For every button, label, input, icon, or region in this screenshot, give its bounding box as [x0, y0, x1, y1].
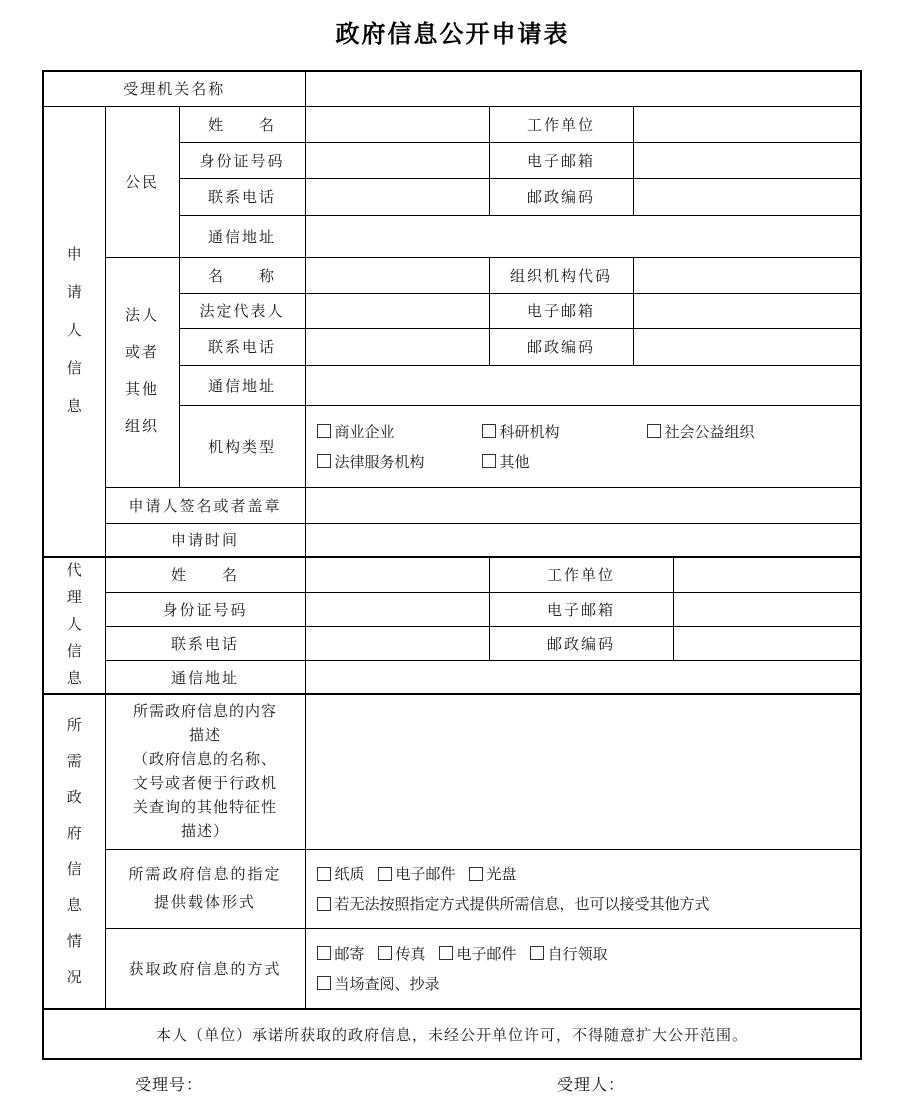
checkbox-label: 邮寄 — [335, 943, 365, 964]
org-type-option-other[interactable]: 其他 — [482, 451, 647, 472]
info-content-desc-label: 所需政府信息的内容 描述 （政府信息的名称、 文号或者便于行政机 关查询的其他特… — [105, 694, 305, 849]
legal-org-code-label: 组织机构代码 — [489, 257, 633, 293]
applicant-signature-label: 申请人签名或者盖章 — [105, 487, 305, 523]
legal-phone-value-cell[interactable] — [305, 328, 489, 365]
obtain-option-self-pickup[interactable]: 自行领取 — [530, 943, 608, 964]
agent-name-label: 姓 名 — [105, 557, 305, 592]
agent-address-label: 通信地址 — [105, 661, 305, 694]
checkbox-label: 自行领取 — [548, 943, 608, 964]
agent-phone-label: 联系电话 — [105, 627, 305, 661]
agent-work-label: 工作单位 — [489, 557, 673, 592]
checkbox-icon[interactable] — [317, 946, 331, 960]
citizen-phone-label: 联系电话 — [179, 178, 305, 215]
obtain-option-mail[interactable]: 邮寄 — [317, 943, 365, 964]
org-type-option-business[interactable]: 商业企业 — [317, 421, 482, 442]
checkbox-icon[interactable] — [378, 867, 392, 881]
legal-postcode-value-cell[interactable] — [633, 328, 861, 365]
citizen-address-value-cell[interactable] — [305, 215, 861, 257]
checkbox-icon[interactable] — [530, 946, 544, 960]
org-type-options-cell: 商业企业 科研机构 社会公益组织 法律服务机构 其他 — [305, 405, 861, 487]
pledge-text: 本人（单位）承诺所获取的政府信息，未经公开单位许可，不得随意扩大公开范围。 — [43, 1009, 861, 1059]
accepting-org-value-cell[interactable] — [305, 71, 861, 106]
checkbox-label: 科研机构 — [500, 421, 560, 442]
agent-email-label: 电子邮箱 — [489, 592, 673, 626]
checkbox-icon[interactable] — [482, 424, 496, 438]
checkbox-label: 社会公益组织 — [665, 421, 755, 442]
citizen-work-value-cell[interactable] — [633, 106, 861, 142]
citizen-email-label: 电子邮箱 — [489, 142, 633, 178]
legal-name-label: 名 称 — [179, 257, 305, 293]
legal-name-value-cell[interactable] — [305, 257, 489, 293]
citizen-postcode-label: 邮政编码 — [489, 178, 633, 215]
citizen-name-value-cell[interactable] — [305, 106, 489, 142]
application-form-page: 政府信息公开申请表 受理机关名称 申 请 人 信 息 公民 姓 名 工作单位 身… — [0, 0, 905, 1111]
info-obtain-label: 获取政府信息的方式 — [105, 928, 305, 1009]
legal-org-code-value-cell[interactable] — [633, 257, 861, 293]
agent-name-value-cell[interactable] — [305, 557, 489, 592]
carrier-option-disc[interactable]: 光盘 — [469, 863, 517, 884]
agent-address-value-cell[interactable] — [305, 661, 861, 694]
checkbox-icon[interactable] — [317, 424, 331, 438]
checkbox-icon[interactable] — [469, 867, 483, 881]
legal-email-value-cell[interactable] — [633, 293, 861, 328]
citizen-group-label: 公民 — [105, 106, 179, 257]
obtain-option-onsite-read[interactable]: 当场查阅、抄录 — [317, 973, 440, 994]
legal-group-label: 法人 或者 其他 组织 — [105, 257, 179, 487]
legal-address-value-cell[interactable] — [305, 365, 861, 405]
citizen-work-label: 工作单位 — [489, 106, 633, 142]
info-carrier-label: 所需政府信息的指定 提供载体形式 — [105, 849, 305, 928]
agent-postcode-label: 邮政编码 — [489, 627, 673, 661]
citizen-phone-value-cell[interactable] — [305, 178, 489, 215]
org-type-options-line2: 法律服务机构 其他 — [306, 446, 861, 476]
applicant-signature-value-cell[interactable] — [305, 487, 861, 523]
acceptance-person-label: 受理人： — [557, 1072, 625, 1095]
checkbox-label: 纸质 — [335, 863, 365, 884]
checkbox-label: 传真 — [396, 943, 426, 964]
obtain-option-email[interactable]: 电子邮件 — [439, 943, 517, 964]
checkbox-icon[interactable] — [647, 424, 661, 438]
checkbox-label: 法律服务机构 — [335, 451, 425, 472]
application-form-table: 受理机关名称 申 请 人 信 息 公民 姓 名 工作单位 身份证号码 电子邮箱 … — [42, 70, 862, 1060]
agent-id-label: 身份证号码 — [105, 592, 305, 626]
citizen-name-label: 姓 名 — [179, 106, 305, 142]
form-footer: 受理号： 受理人： — [0, 1072, 905, 1102]
legal-postcode-label: 邮政编码 — [489, 328, 633, 365]
checkbox-icon[interactable] — [317, 454, 331, 468]
checkbox-icon[interactable] — [439, 946, 453, 960]
carrier-options-cell: 纸质 电子邮件 光盘 若无法按照指定方式提供所需信息，也可以接受其他方式 — [305, 849, 861, 928]
legal-rep-label: 法定代表人 — [179, 293, 305, 328]
legal-org-type-label: 机构类型 — [179, 405, 305, 487]
obtain-options-line1: 邮寄 传真 电子邮件 自行领取 — [306, 938, 861, 968]
checkbox-icon[interactable] — [378, 946, 392, 960]
obtain-options-line2: 当场查阅、抄录 — [306, 968, 861, 998]
citizen-address-label: 通信地址 — [179, 215, 305, 257]
checkbox-label: 光盘 — [487, 863, 517, 884]
legal-rep-value-cell[interactable] — [305, 293, 489, 328]
form-title: 政府信息公开申请表 — [0, 14, 905, 49]
carrier-option-paper[interactable]: 纸质 — [317, 863, 365, 884]
apply-time-label: 申请时间 — [105, 523, 305, 557]
obtain-option-fax[interactable]: 传真 — [378, 943, 426, 964]
org-type-option-public-welfare[interactable]: 社会公益组织 — [647, 421, 812, 442]
checkbox-icon[interactable] — [317, 976, 331, 990]
checkbox-icon[interactable] — [482, 454, 496, 468]
legal-email-label: 电子邮箱 — [489, 293, 633, 328]
checkbox-label: 商业企业 — [335, 421, 395, 442]
org-type-option-legal-service[interactable]: 法律服务机构 — [317, 451, 482, 472]
accepting-org-label: 受理机关名称 — [43, 71, 305, 106]
agent-postcode-value-cell[interactable] — [673, 627, 861, 661]
checkbox-label: 电子邮件 — [396, 863, 456, 884]
agent-id-value-cell[interactable] — [305, 592, 489, 626]
carrier-options-line2: 若无法按照指定方式提供所需信息，也可以接受其他方式 — [306, 889, 861, 919]
carrier-options-line1: 纸质 电子邮件 光盘 — [306, 859, 861, 889]
agent-section-side-label: 代 理 人 信 息 — [43, 557, 105, 694]
checkbox-label: 其他 — [500, 451, 530, 472]
legal-address-label: 通信地址 — [179, 365, 305, 405]
obtain-options-cell: 邮寄 传真 电子邮件 自行领取 当场查阅、抄录 — [305, 928, 861, 1009]
checkbox-label: 当场查阅、抄录 — [335, 973, 440, 994]
citizen-id-value-cell[interactable] — [305, 142, 489, 178]
citizen-email-value-cell[interactable] — [633, 142, 861, 178]
org-type-options-line1: 商业企业 科研机构 社会公益组织 — [306, 416, 861, 446]
checkbox-label: 若无法按照指定方式提供所需信息，也可以接受其他方式 — [335, 893, 710, 914]
citizen-postcode-value-cell[interactable] — [633, 178, 861, 215]
checkbox-label: 电子邮件 — [457, 943, 517, 964]
citizen-id-label: 身份证号码 — [179, 142, 305, 178]
acceptance-no-label: 受理号： — [135, 1072, 203, 1095]
checkbox-icon[interactable] — [317, 867, 331, 881]
apply-time-value-cell[interactable] — [305, 523, 861, 557]
agent-email-value-cell[interactable] — [673, 592, 861, 626]
checkbox-icon[interactable] — [317, 897, 331, 911]
agent-work-value-cell[interactable] — [673, 557, 861, 592]
agent-phone-value-cell[interactable] — [305, 627, 489, 661]
legal-phone-label: 联系电话 — [179, 328, 305, 365]
carrier-option-email[interactable]: 电子邮件 — [378, 863, 456, 884]
org-type-option-research[interactable]: 科研机构 — [482, 421, 647, 442]
info-content-desc-value-cell[interactable] — [305, 694, 861, 849]
carrier-option-accept-other[interactable]: 若无法按照指定方式提供所需信息，也可以接受其他方式 — [317, 893, 710, 914]
applicant-section-side-label: 申 请 人 信 息 — [43, 106, 105, 557]
info-section-side-label: 所 需 政 府 信 息 情 况 — [43, 694, 105, 1009]
